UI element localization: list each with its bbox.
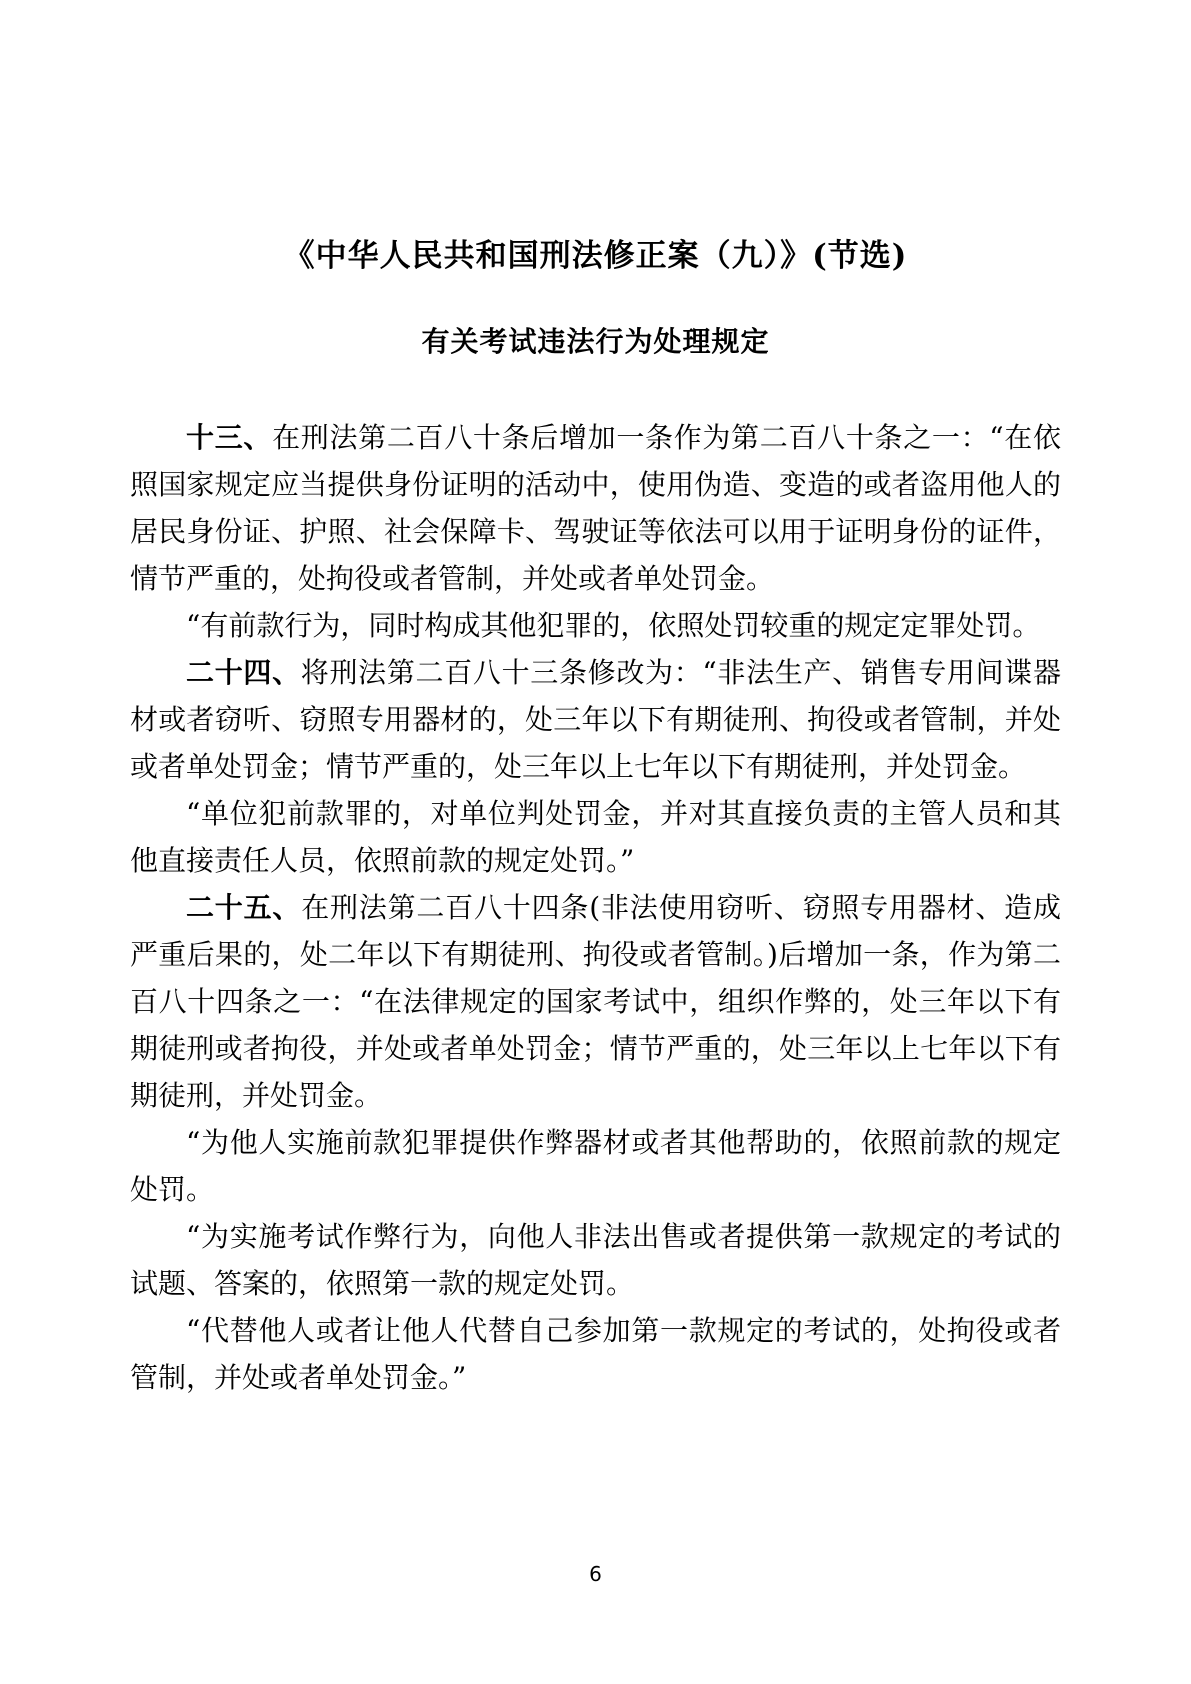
paragraph: “为他人实施前款犯罪提供作弊器材或者其他帮助的，依照前款的规定处罚。 xyxy=(130,1119,1061,1213)
paragraph-text: “为他人实施前款犯罪提供作弊器材或者其他帮助的，依照前款的规定处罚。 xyxy=(130,1126,1061,1206)
document-title: 《中华人民共和国刑法修正案（九）》(节选) xyxy=(0,230,1191,275)
paragraph-text: 在刑法第二百八十四条(非法使用窃听、窃照专用器材、造成严重后果的，处二年以下有期… xyxy=(130,891,1061,1112)
paragraph-text: “代替他人或者让他人代替自己参加第一款规定的考试的，处拘役或者管制，并处或者单处… xyxy=(130,1314,1061,1394)
paragraph: 十三、在刑法第二百八十条后增加一条作为第二百八十条之一：“在依照国家规定应当提供… xyxy=(130,414,1061,602)
document-page: 《中华人民共和国刑法修正案（九）》(节选) 有关考试违法行为处理规定 十三、在刑… xyxy=(0,0,1191,1684)
paragraph: 二十四、将刑法第二百八十三条修改为：“非法生产、销售专用间谍器材或者窃听、窃照专… xyxy=(130,649,1061,790)
paragraph: “单位犯前款罪的，对单位判处罚金，并对其直接负责的主管人员和其他直接责任人员，依… xyxy=(130,790,1061,884)
document-subtitle: 有关考试违法行为处理规定 xyxy=(0,320,1191,360)
paragraph-lead: 二十五、 xyxy=(186,891,301,924)
paragraph: “有前款行为，同时构成其他犯罪的，依照处罚较重的规定定罪处罚。 xyxy=(130,602,1061,649)
paragraph: “为实施考试作弊行为，向他人非法出售或者提供第一款规定的考试的试题、答案的，依照… xyxy=(130,1213,1061,1307)
paragraph-lead: 二十四、 xyxy=(186,656,301,689)
paragraph: 二十五、在刑法第二百八十四条(非法使用窃听、窃照专用器材、造成严重后果的，处二年… xyxy=(130,884,1061,1119)
paragraph-text: “单位犯前款罪的，对单位判处罚金，并对其直接负责的主管人员和其他直接责任人员，依… xyxy=(130,797,1061,877)
paragraph-lead: 十三、 xyxy=(186,421,272,454)
paragraph: “代替他人或者让他人代替自己参加第一款规定的考试的，处拘役或者管制，并处或者单处… xyxy=(130,1307,1061,1401)
page-number: 6 xyxy=(0,1562,1191,1586)
document-body: 十三、在刑法第二百八十条后增加一条作为第二百八十条之一：“在依照国家规定应当提供… xyxy=(130,414,1061,1401)
paragraph-text: “为实施考试作弊行为，向他人非法出售或者提供第一款规定的考试的试题、答案的，依照… xyxy=(130,1220,1061,1300)
paragraph-text: “有前款行为，同时构成其他犯罪的，依照处罚较重的规定定罪处罚。 xyxy=(186,609,1040,642)
